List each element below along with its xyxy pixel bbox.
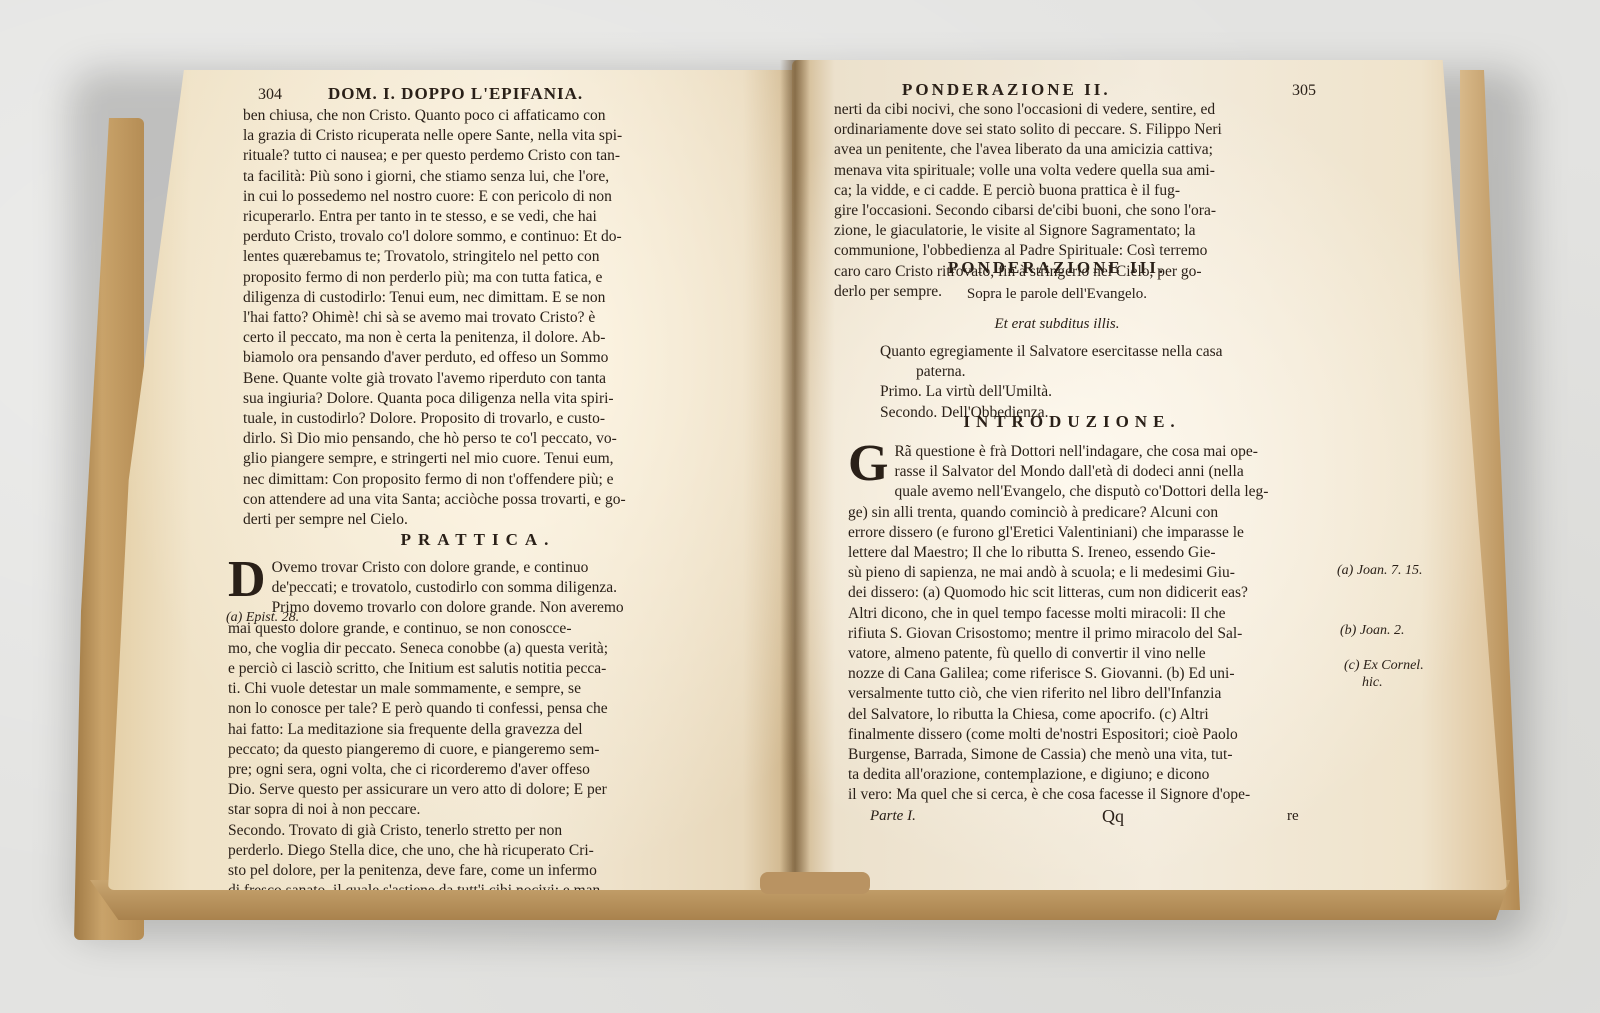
text-line: zione, le giaculatorie, le visite al Sig… [834,221,1304,241]
summary: Quanto egregiamente il Salvatore esercit… [880,342,1300,423]
text-line: del Salvatore, lo ributta la Chiesa, com… [848,705,1328,725]
text-line: Burgense, Barrada, Simone de Cassia) che… [848,745,1328,765]
text-line: ge) sin alli trenta, quando cominciò à p… [848,503,1328,523]
text-line: biamolo ora pensando d'aver perduto, ed … [243,348,773,368]
text-line: de'peccati; e trovatolo, custodirlo con … [228,578,788,598]
text-line: ta facilità: Più sono i giorni, che stia… [243,167,773,187]
text-line: hai fatto: La meditazione sia frequente … [228,720,788,740]
text-line: ti. Chi vuole detestar un male sommament… [228,679,788,699]
photo-scene: 304 DOM. I. DOPPO L'EPIFANIA. ben chiusa… [0,0,1600,1013]
section-heading-ponderazione-iii: PONDERAZIONE III. [832,258,1282,278]
text-line: ordinariamente dove sei stato solito di … [834,120,1304,140]
dropcap-d: D [228,560,266,600]
text-line: dirlo. Sì Dio mio pensando, che hò perso… [243,429,773,449]
text-line: Rã questione è frà Dottori nell'indagare… [848,442,1328,462]
spine-damage [760,872,870,894]
text-line: mai questo dolore grande, e continuo, se… [228,619,788,639]
text-line: pre; ogni sera, ogni volta, che ci ricor… [228,760,788,780]
text-line: con attendere ad una vita Santa; acciòch… [243,490,773,510]
text-line: sua ingiuria? Dolore. Quanta poca dilige… [243,389,773,409]
text-line: ricuperarlo. Entra per tanto in te stess… [243,207,773,227]
summary-line: Primo. La virtù dell'Umiltà. [880,382,1300,402]
footer-signature: Qq [1102,806,1124,827]
text-line: peccato; da questo piangeremo di cuore, … [228,740,788,760]
text-line: finalmente dissero (come molti de'nostri… [848,725,1328,745]
text-line: versalmente tutto ciò, che vien riferito… [848,684,1328,704]
text-line: derti per sempre nel Cielo. [243,510,773,530]
text-line: gire l'occasioni. Secondo cibarsi de'cib… [834,201,1304,221]
text-line: perduto Cristo, trovalo co'l dolore somm… [243,227,773,247]
text-line: menava vita spirituale; volle una volta … [834,161,1304,181]
text-line: errore dissero (e furono gl'Eretici Vale… [848,523,1328,543]
margin-note-b: (b) Joan. 2. [1340,623,1405,639]
summary-line: paterna. [880,362,1300,382]
page-number-left: 304 [258,86,282,104]
margin-note-a: (a) Epist. 28. [226,610,299,626]
text-line: lentes quærebamus te; Trovatolo, stringi… [243,247,773,267]
text-line: avea un penitente, che l'avea liberato d… [834,140,1304,160]
text-line: nerti da cibi nocivi, che sono l'occasio… [834,100,1304,120]
footer-part: Parte I. [870,808,916,825]
text-line: star sopra di noi à non peccare. [228,800,788,820]
text-line: Primo dovemo trovarlo con dolore grande.… [228,598,788,618]
book-gutter [780,60,810,890]
text-line: rasse il Salvator del Mondo dall'età di … [848,462,1328,482]
page-number-right: 305 [1292,82,1316,100]
text-line: nozze di Cana Galilea; come riferisce S.… [848,664,1328,684]
text-line: mo, che voglia dir peccato. Seneca conob… [228,639,788,659]
text-line: il vero: Ma quel che si cerca, è che cos… [848,785,1328,805]
left-text-prattica: D Ovemo trovar Cristo con dolore grande,… [228,558,788,942]
right-page: PONDERAZIONE II. 305 nerti da cibi nociv… [792,60,1507,890]
footer-catchword: re [1287,808,1299,825]
text-line: l'hai fatto? Ohimè! chi sà se avemo mai … [243,308,773,328]
latin-quote: Et erat subditus illis. [832,316,1282,333]
text-line: perderlo. Diego Stella dice, che uno, ch… [228,841,788,861]
dropcap-g: G [848,444,888,484]
text-line: sto pel dolore, per la penitenza, deve f… [228,861,788,881]
text-line: la grazia di Cristo ricuperata nelle ope… [243,126,773,146]
text-line: nec dimittam: Con proposito fermo di non… [243,470,773,490]
text-line: dei dissero: (a) Quomodo hic scit litter… [848,583,1328,603]
text-line: e perciò ci lasciò scritto, che Initium … [228,659,788,679]
text-line: Secondo. Trovato di già Cristo, tenerlo … [228,821,788,841]
text-line: lettere dal Maestro; Il che lo ributta S… [848,543,1328,563]
text-line: Dio. Serve questo per assicurare un vero… [228,780,788,800]
text-line: in cui lo possedemo nel nostro cuore: E … [243,187,773,207]
text-line: rituale? tutto ci nausea; e per questo p… [243,146,773,166]
section-heading-prattica: PRATTICA. [278,530,678,550]
text-line: ca; la vidde, e ci cadde. E perciò buona… [834,181,1304,201]
right-text-intro: G Rã questione è frà Dottori nell'indaga… [848,442,1328,806]
margin-note-a: (a) Joan. 7. 15. [1337,563,1423,579]
intro-heading: INTRODUZIONE. [832,412,1312,432]
text-line: ben chiusa, che non Cristo. Quanto poco … [243,106,773,126]
text-line: non lo conosce per tale? E però quando t… [228,699,788,719]
subtitle: Sopra le parole dell'Evangelo. [832,286,1282,303]
text-line: Ovemo trovar Cristo con dolore grande, e… [228,558,788,578]
text-line: diligenza di custodirlo: Tenui eum, nec … [243,288,773,308]
text-line: vatore, almeno patente, fù quello di con… [848,644,1328,664]
margin-note-c: (c) Ex Cornel. [1344,658,1424,674]
text-line: sù pieno di sapienza, ne mai andò à scuo… [848,563,1328,583]
margin-note-c-cont: hic. [1362,675,1383,691]
left-text-top: ben chiusa, che non Cristo. Quanto poco … [243,106,773,530]
text-line: proposito fermo di non perderlo più; ma … [243,268,773,288]
text-line: quale avemo nell'Evangelo, che disputò c… [848,482,1328,502]
left-page: 304 DOM. I. DOPPO L'EPIFANIA. ben chiusa… [108,70,798,890]
running-head-right: PONDERAZIONE II. [902,80,1111,100]
text-line: ta dedita all'orazione, contemplazione, … [848,765,1328,785]
text-line: Bene. Quante volte già trovato l'avemo r… [243,369,773,389]
text-line: glio piangere sempre, e stringerti nel m… [243,449,773,469]
text-line: rifiuta S. Giovan Crisostomo; mentre il … [848,624,1328,644]
text-line: Altri dicono, che in quel tempo facesse … [848,604,1328,624]
text-line: certo il peccato, ma non è certa la peni… [243,328,773,348]
text-line: tuale, in custodirlo? Dolore. Proposito … [243,409,773,429]
running-head-left: DOM. I. DOPPO L'EPIFANIA. [328,84,583,104]
summary-line: Quanto egregiamente il Salvatore esercit… [880,342,1300,362]
